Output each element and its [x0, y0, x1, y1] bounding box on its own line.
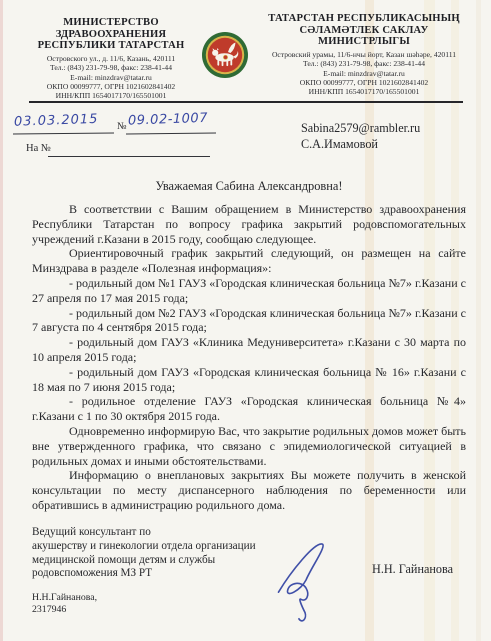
executor-name: Н.Н.Гайнанова, [32, 592, 97, 604]
email-ru: E-mail: minzdrav@tatar.ru [20, 73, 202, 82]
schedule-item-1: - родильный дом №1 ГАУЗ «Городская клини… [32, 276, 466, 306]
phone-fax-tt: Тел.: (843) 231-79-98, факс: 238-41-44 [254, 59, 474, 68]
email-tt: E-mail: minzdrav@tatar.ru [254, 69, 474, 78]
paragraph-disclaimer: Одновременно информирую Вас, что закрыти… [32, 424, 466, 468]
letterhead-divider [29, 101, 463, 103]
tatarstan-coat-of-arms-icon [201, 31, 249, 79]
ministry-title-ru-line2: ЗДРАВООХРАНЕНИЯ [20, 29, 202, 41]
schedule-item-5: - родильное отделение ГАУЗ «Городская кл… [32, 394, 466, 424]
schedule-item-3: - родильный дом ГАУЗ «Клиника Медуниверс… [32, 335, 466, 365]
address-tt: Островский урамы, 11/6-нчы йорт, Казан ш… [254, 50, 474, 59]
recipient-email: Sabina2579@rambler.ru [301, 121, 420, 137]
executor-phone: 2317946 [32, 604, 97, 616]
ministry-title-tt-line2: СӘЛАМӘТЛЕК САКЛАУ [254, 25, 474, 37]
schedule-item-2: - родильный дом №2 ГАУЗ «Городская клини… [32, 306, 466, 336]
handwritten-signature-scribble [271, 537, 335, 629]
scanned-letter-page: МИНИСТЕРСТВО ЗДРАВООХРАНЕНИЯ РЕСПУБЛИКИ … [0, 0, 491, 641]
handwritten-outgoing-number: 09.02-1007 [128, 110, 220, 128]
date-underline [13, 132, 114, 134]
signer-name: Н.Н. Гайнанова [372, 562, 453, 577]
recipient-name: С.А.Имамовой [301, 137, 420, 153]
okpo-ogrn-ru: ОКПО 00099777, ОГРН 1021602841402 [20, 82, 202, 91]
reply-to-label: На № [26, 143, 51, 154]
salutation: Уважаемая Сабина Александровна! [32, 179, 466, 194]
scan-streak [476, 0, 481, 641]
paragraph-schedule-intro: Ориентировочный график закрытий следующи… [32, 246, 466, 276]
phone-fax-ru: Тел.: (843) 231-79-98, факс: 238-41-44 [20, 63, 202, 72]
inn-kpp-tt: ИНН/КПП 1654017170/165501001 [254, 87, 474, 96]
letterhead-tatar: ТАТАРСТАН РЕСПУБЛИКАСЫНЫҢ СӘЛАМӘТЛЕК САК… [254, 13, 474, 97]
schedule-item-4: - родильный дом ГАУЗ «Городская клиничес… [32, 365, 466, 395]
recipient-block: Sabina2579@rambler.ru С.А.Имамовой [301, 121, 420, 152]
ministry-title-ru-line1: МИНИСТЕРСТВО [20, 17, 202, 29]
letterhead-russian: МИНИСТЕРСТВО ЗДРАВООХРАНЕНИЯ РЕСПУБЛИКИ … [20, 17, 202, 101]
number-label: № [117, 121, 127, 132]
ministry-title-ru-line3: РЕСПУБЛИКИ ТАТАРСТАН [20, 40, 202, 52]
executor-block: Н.Н.Гайнанова, 2317946 [32, 592, 97, 616]
scan-streak [0, 0, 3, 641]
ministry-title-tt-line1: ТАТАРСТАН РЕСПУБЛИКАСЫНЫҢ [254, 13, 474, 25]
paragraph-where-to-ask: Информацию о внеплановых закрытиях Вы мо… [32, 468, 466, 512]
address-ru: Островского ул., д. 11/6, Казань, 420111 [20, 54, 202, 63]
handwritten-date: 03.03.2015 [14, 111, 114, 129]
number-underline [126, 133, 216, 135]
inn-kpp-ru: ИНН/КПП 1654017170/165501001 [20, 91, 202, 100]
ministry-title-tt-line3: МИНИСТРЛЫГЫ [254, 36, 474, 48]
paragraph-intro: В соответствии с Вашим обращением в Мини… [32, 202, 466, 246]
reply-underline [48, 156, 210, 157]
okpo-ogrn-tt: ОКПО 00099777, ОГРН 1021602841402 [254, 78, 474, 87]
letter-body: В соответствии с Вашим обращением в Мини… [32, 202, 466, 513]
